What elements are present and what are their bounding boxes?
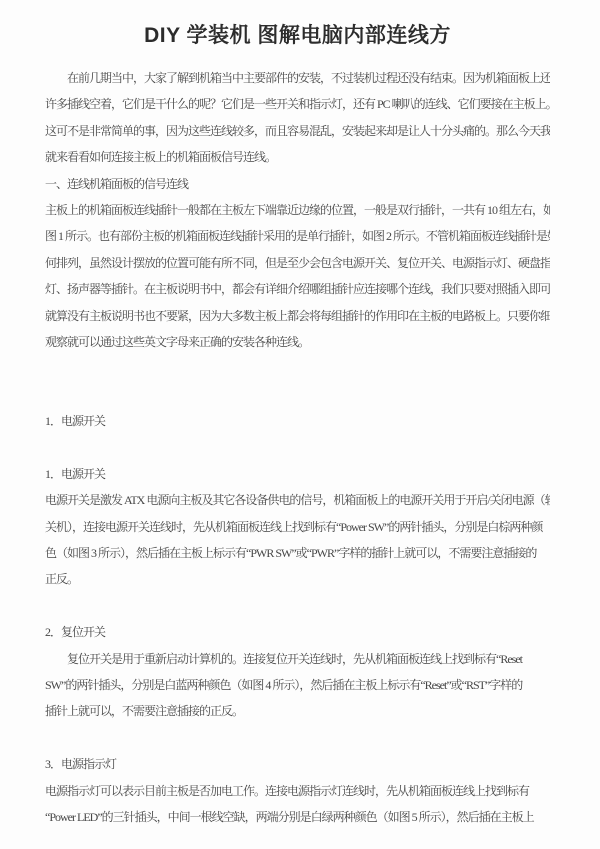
reset-switch-paragraph: 复位开关是用于重新启动计算机的。连接复位开关连线时，先从机箱面板连线上找到标有“…: [45, 646, 550, 725]
heading-line: 1．电源开关: [45, 408, 550, 434]
gap-before-power-led: [45, 725, 550, 751]
heading-line: 2．复位开关: [45, 619, 550, 645]
gap-before-reset-switch: [45, 593, 550, 619]
text-line: 观察就可以通过这些英文字母来正确的安装各种连线。: [45, 329, 550, 355]
reset-switch-heading: 2．复位开关: [45, 619, 550, 645]
text-line: 正反。: [45, 566, 550, 592]
power-led-heading: 3．电源指示灯: [45, 751, 550, 777]
document-title: DIY 学装机 图解电脑内部连线方: [45, 19, 550, 52]
document-page: DIY 学装机 图解电脑内部连线方 在前几期当中，大家了解到机箱当中主要部件的安…: [0, 0, 600, 849]
text-line: 这可不是非常简单的事，因为这些连线较多，而且容易混乱，安装起来却是让人十分头痛的…: [45, 118, 550, 144]
power-switch-heading-standalone: 1．电源开关: [45, 408, 550, 434]
text-line: 复位开关是用于重新启动计算机的。连接复位开关连线时，先从机箱面板连线上找到标有“…: [45, 646, 550, 672]
power-led-paragraph: 电源指示灯可以表示目前主板是否加电工作。连接电源指示灯连线时，先从机箱面板连线上…: [45, 778, 550, 831]
signal-wiring-paragraph: 主板上的机箱面板连线插针一般都在主板左下端靠近边缘的位置，一般是双行插针，一共有…: [45, 197, 550, 355]
text-line: 许多插线空着，它们是干什么的呢？它们是一些开关和指示灯，还有 PC 喇叭的连线、…: [45, 91, 550, 117]
text-line: 就算没有主板说明书也不要紧，因为大多数主板上都会将每组插针的作用印在主板的电路板…: [45, 303, 550, 329]
power-switch-heading: 1．电源开关: [45, 461, 550, 487]
text-line: SW”的两针插头，分别是白蓝两种颜色（如图 4 所示），然后插在主板上标示有“R…: [45, 672, 550, 698]
text-line: 何排列，虽然设计摆放的位置可能有所不同，但是至少会包含电源开关、复位开关、电源指…: [45, 250, 550, 276]
intro-paragraph: 在前几期当中，大家了解到机箱当中主要部件的安装，不过装机过程还没有结束。因为机箱…: [45, 65, 550, 171]
text-line: 图 1 所示。也有部份主板的机箱面板连线插针采用的是单行插针，如图 2 所示。不…: [45, 223, 550, 249]
text-line: “Power LED”的三针插头，中间一根线空缺，两端分别是白绿两种颜色（如图 …: [45, 804, 550, 830]
signal-wiring-section-heading: 一、连线机箱面板的信号连线: [45, 171, 550, 197]
document-body: 在前几期当中，大家了解到机箱当中主要部件的安装，不过装机过程还没有结束。因为机箱…: [45, 65, 550, 830]
text-line: 就来看看如何连接主板上的机箱面板信号连线。: [45, 144, 550, 170]
text-line: 电源开关是激发 ATX 电源向主板及其它各设备供电的信号，机箱面板上的电源开关用…: [45, 487, 550, 513]
heading-line: 3．电源指示灯: [45, 751, 550, 777]
text-line: 主板上的机箱面板连线插针一般都在主板左下端靠近边缘的位置，一般是双行插针，一共有…: [45, 197, 550, 223]
gap-before-power-switch: [45, 355, 550, 408]
heading-line: 一、连线机箱面板的信号连线: [45, 171, 550, 197]
gap-between-power-switch-headings: [45, 434, 550, 460]
text-line: 插针上就可以，不需要注意插接的正反。: [45, 698, 550, 724]
text-line: 在前几期当中，大家了解到机箱当中主要部件的安装，不过装机过程还没有结束。因为机箱…: [45, 65, 550, 91]
text-line: 色（如图 3 所示），然后插在主板上标示有“PWR SW”或“PWR”字样的插针…: [45, 540, 550, 566]
text-line: 灯、扬声器等插针。在主板说明书中，都会有详细介绍哪组插针应连接哪个连线，我们只要…: [45, 276, 550, 302]
power-switch-paragraph: 电源开关是激发 ATX 电源向主板及其它各设备供电的信号，机箱面板上的电源开关用…: [45, 487, 550, 593]
heading-line: 1．电源开关: [45, 461, 550, 487]
text-line: 关机），连接电源开关连线时，先从机箱面板连线上找到标有“Power SW”的两针…: [45, 514, 550, 540]
text-line: 电源指示灯可以表示目前主板是否加电工作。连接电源指示灯连线时，先从机箱面板连线上…: [45, 778, 550, 804]
